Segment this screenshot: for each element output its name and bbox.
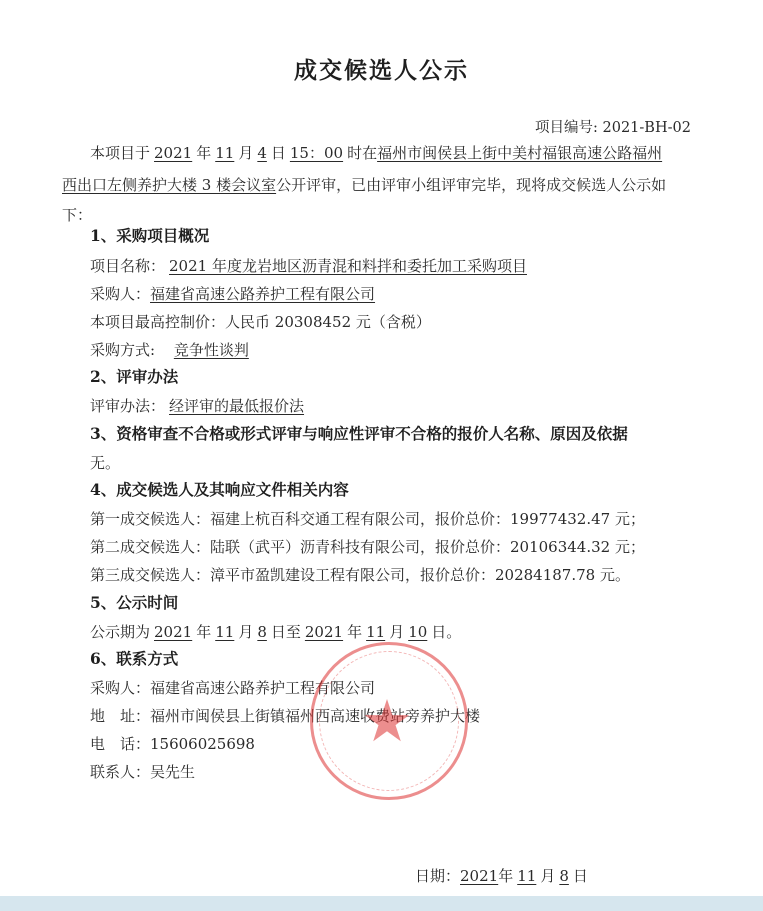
intro-location-2: 西出口左侧养护大楼 3 楼会议室 [62, 176, 276, 194]
max-price-line: 本项目最高控制价：人民币 20308452 元（含税） [90, 312, 431, 332]
publicity-month-unit: 月 [238, 623, 253, 641]
intro-day-unit: 日 [271, 144, 286, 162]
date-year: 2021 [460, 867, 498, 885]
publicity-end-day: 10 [404, 623, 431, 641]
intro-time-unit: 时在 [347, 144, 377, 162]
section-1-heading: 1、采购项目概况 [90, 226, 209, 246]
intro-year-unit: 年 [196, 144, 211, 162]
document-page: 成交候选人公示 项目编号: 2021-BH-02 本项目于2021年11月4日1… [0, 0, 763, 896]
date-label: 日期： [415, 867, 460, 885]
publicity-period-line: 公示期为2021年11月8日至2021年11月10日。 [90, 622, 461, 642]
document-date: 日期：2021年11月8日 [415, 866, 588, 886]
publicity-end-month: 11 [362, 623, 389, 641]
document-title: 成交候选人公示 [0, 52, 763, 85]
intro-location-1: 福州市闽侯县上街中美村福银高速公路福州 [377, 144, 662, 162]
date-month: 11 [513, 867, 540, 885]
procurement-method-line: 采购方式: 竞争性谈判 [90, 340, 263, 360]
publicity-year-unit-2: 年 [347, 623, 362, 641]
intro-line-2: 西出口左侧养护大楼 3 楼会议室公开评审，已由评审小组评审完毕，现将成交候选人公… [62, 175, 666, 195]
date-month-unit: 月 [540, 867, 555, 885]
intro-year: 2021 [150, 144, 196, 162]
publicity-end-suffix: 日。 [431, 623, 461, 641]
date-day: 8 [555, 867, 573, 885]
section-2-heading: 2、评审办法 [90, 367, 178, 387]
publicity-prefix: 公示期为 [90, 623, 150, 641]
intro-line-3: 下： [62, 205, 92, 225]
project-name-label: 项目名称： [90, 257, 165, 275]
procurement-method-label: 采购方式: [90, 341, 155, 359]
contact-purchaser: 采购人：福建省高速公路养护工程有限公司 [90, 678, 375, 698]
project-name-line: 项目名称：2021 年度龙岩地区沥青混和料拌和委托加工采购项目 [90, 256, 531, 276]
intro-month: 11 [211, 144, 238, 162]
section-3-heading: 3、资格审查不合格或形式评审与响应性评审不合格的报价人名称、原因及依据 [90, 424, 628, 444]
intro-month-unit: 月 [238, 144, 253, 162]
intro-day: 4 [253, 144, 271, 162]
intro-line-1: 本项目于2021年11月4日15：00时在福州市闽侯县上街中美村福银高速公路福州 [90, 143, 662, 163]
project-number: 项目编号: 2021-BH-02 [535, 116, 691, 137]
date-day-unit: 日 [573, 867, 588, 885]
purchaser-line: 采购人：福建省高速公路养护工程有限公司 [90, 284, 375, 304]
intro-suffix: 公开评审，已由评审小组评审完毕，现将成交候选人公示如 [276, 176, 666, 194]
evaluation-method-line: 评审办法：经评审的最低报价法 [90, 396, 308, 416]
intro-prefix: 本项目于 [90, 144, 150, 162]
viewer-bottom-bar [0, 896, 763, 911]
section-6-heading: 6、联系方式 [90, 649, 178, 669]
candidate-3: 第三成交候选人：漳平市盈凯建设工程有限公司，报价总价：20284187.78 元… [90, 565, 630, 585]
contact-phone: 电 话：15606025698 [90, 734, 255, 754]
purchaser-value: 福建省高速公路养护工程有限公司 [150, 285, 375, 303]
publicity-start-month: 11 [211, 623, 238, 641]
evaluation-method-label: 评审办法： [90, 397, 165, 415]
project-name-value: 2021 年度龙岩地区沥青混和料拌和委托加工采购项目 [165, 257, 531, 275]
candidate-1: 第一成交候选人：福建上杭百科交通工程有限公司，报价总价：19977432.47 … [90, 509, 645, 529]
procurement-method-value: 竞争性谈判 [160, 341, 263, 359]
publicity-start-day: 8 [253, 623, 271, 641]
contact-person: 联系人：吴先生 [90, 762, 195, 782]
publicity-year-unit: 年 [196, 623, 211, 641]
purchaser-label: 采购人： [90, 285, 150, 303]
section-3-content: 无。 [90, 453, 120, 473]
publicity-to: 日至 [271, 623, 301, 641]
section-4-heading: 4、成交候选人及其响应文件相关内容 [90, 480, 349, 500]
evaluation-method-value: 经评审的最低报价法 [165, 397, 308, 415]
date-year-unit: 年 [498, 867, 513, 885]
contact-address: 地 址：福州市闽侯县上街镇福州西高速收费站旁养护大楼 [90, 706, 480, 726]
publicity-end-year: 2021 [301, 623, 347, 641]
project-number-label: 项目编号: [535, 120, 598, 136]
publicity-start-year: 2021 [150, 623, 196, 641]
publicity-month-unit-2: 月 [389, 623, 404, 641]
candidate-2: 第二成交候选人：陆联（武平）沥青科技有限公司，报价总价：20106344.32 … [90, 537, 645, 557]
section-5-heading: 5、公示时间 [90, 593, 178, 613]
project-number-value: 2021-BH-02 [603, 120, 691, 136]
intro-time: 15：00 [286, 144, 347, 162]
